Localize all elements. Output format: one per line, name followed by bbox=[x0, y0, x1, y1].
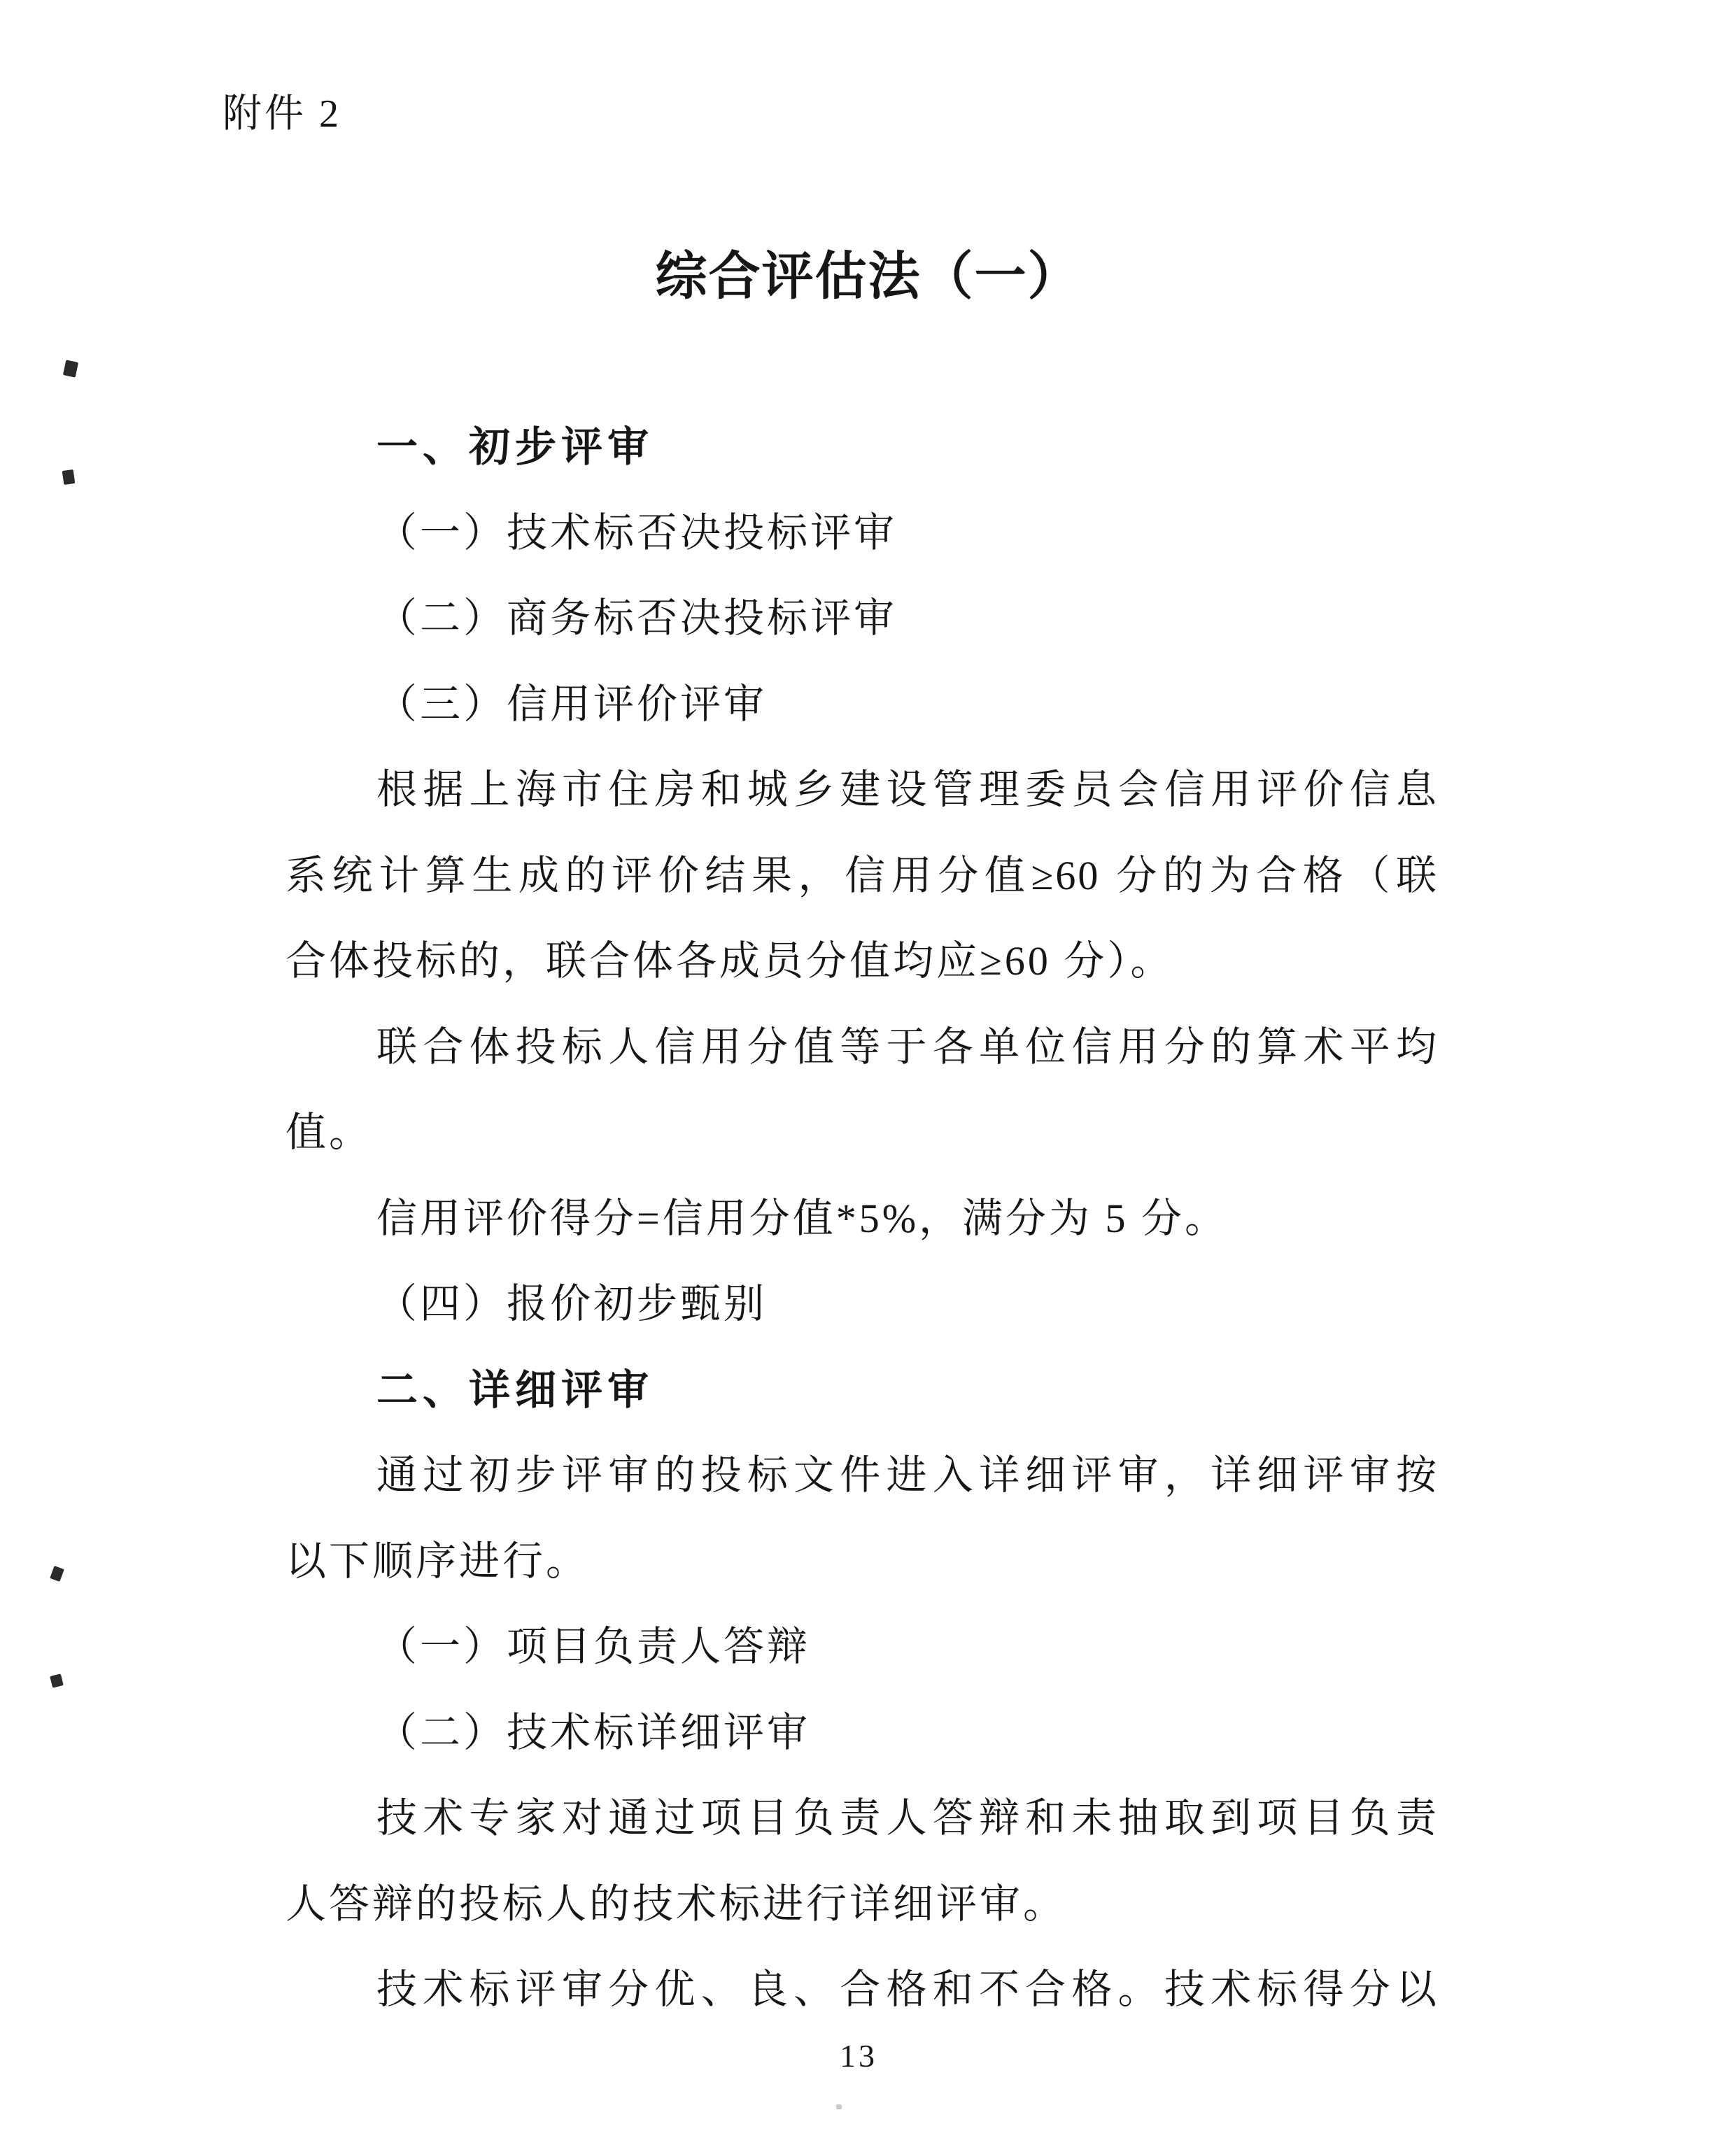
text-line: 系统计算生成的评价结果，信用分值≥60 分的为合格（联 bbox=[285, 833, 1439, 919]
section-heading: 一、初步评审 bbox=[285, 404, 1439, 490]
section-heading: 二、详细评审 bbox=[285, 1347, 1439, 1433]
text-line: 合体投标的，联合体各成员分值均应≥60 分）。 bbox=[285, 919, 1439, 1005]
ink-speck bbox=[63, 360, 78, 377]
page-number: 13 bbox=[840, 2037, 877, 2074]
text-line: 信用评价得分=信用分值*5%，满分为 5 分。 bbox=[285, 1176, 1439, 1262]
text-line: （一）技术标否决投标评审 bbox=[285, 490, 1439, 576]
text-line: 联合体投标人信用分值等于各单位信用分的算术平均 bbox=[285, 1005, 1439, 1091]
text-line: 通过初步评审的投标文件进入详细评审，详细评审按 bbox=[285, 1433, 1439, 1519]
text-line: 根据上海市住房和城乡建设管理委员会信用评价信息 bbox=[285, 747, 1439, 833]
document-body: 一、初步评审（一）技术标否决投标评审（二）商务标否决投标评审（三）信用评价评审根… bbox=[285, 404, 1439, 2033]
attachment-label: 附件 2 bbox=[223, 83, 341, 139]
ink-speck bbox=[62, 469, 76, 485]
ink-speck bbox=[50, 1566, 64, 1582]
text-line: （一）项目负责人答辩 bbox=[285, 1604, 1439, 1690]
text-line: 技术标评审分优、良、合格和不合格。技术标得分以 bbox=[285, 1947, 1439, 2033]
ink-speck bbox=[50, 1673, 64, 1687]
scanned-document-page: 附件 2 综合评估法（一） 一、初步评审（一）技术标否决投标评审（二）商务标否决… bbox=[0, 0, 1736, 2131]
text-line: 人答辩的投标人的技术标进行详细评审。 bbox=[285, 1862, 1439, 1948]
text-line: 以下顺序进行。 bbox=[285, 1519, 1439, 1605]
text-line: （三）信用评价评审 bbox=[285, 662, 1439, 748]
document-title: 综合评估法（一） bbox=[0, 235, 1736, 309]
text-line: 技术专家对通过项目负责人答辩和未抽取到项目负责 bbox=[285, 1776, 1439, 1862]
text-line: （二）技术标详细评审 bbox=[285, 1690, 1439, 1776]
ink-speck bbox=[836, 2104, 842, 2109]
text-line: 值。 bbox=[285, 1090, 1439, 1176]
text-line: （四）报价初步甄别 bbox=[285, 1261, 1439, 1347]
text-line: （二）商务标否决投标评审 bbox=[285, 576, 1439, 662]
